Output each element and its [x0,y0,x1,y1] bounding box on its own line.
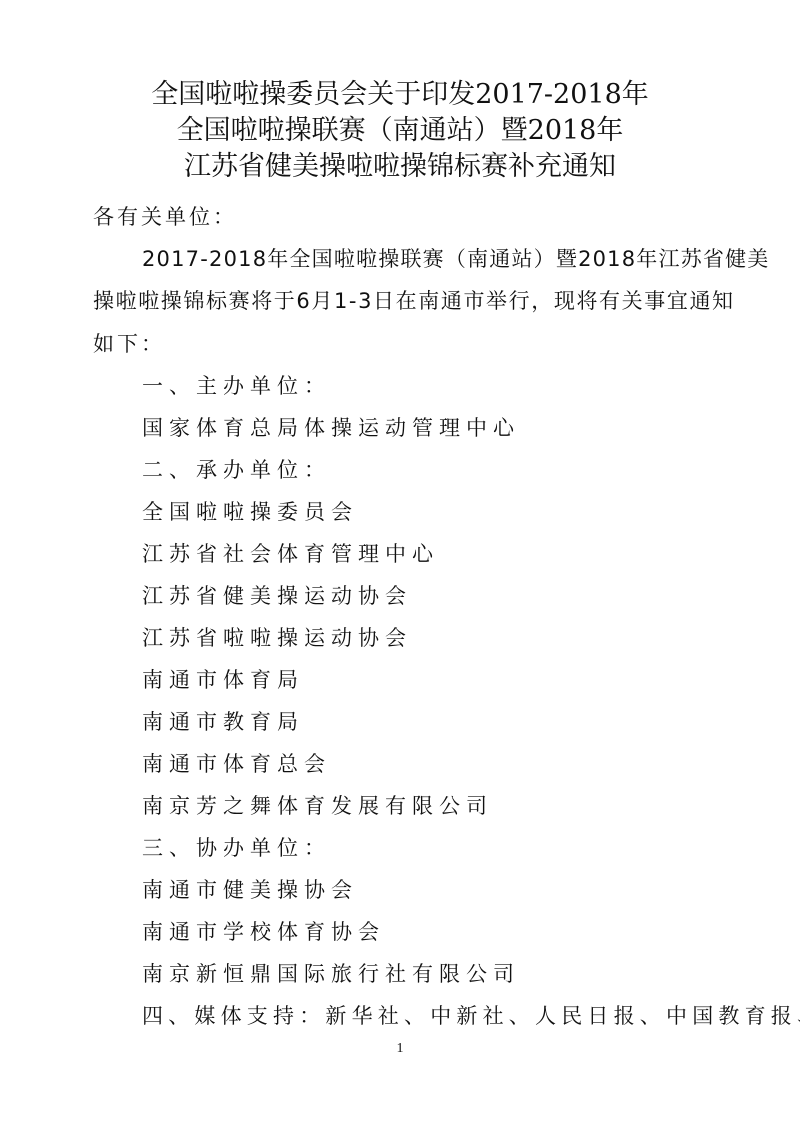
section-heading-co-organizer: 三、协办单位： [142,834,331,862]
host-item: 全国啦啦操委员会 [142,498,358,526]
intro-line-3: 如下： [93,330,165,358]
salutation: 各有关单位： [93,203,237,231]
title-line-1: 全国啦啦操委员会关于印发2017-2018年 [0,78,800,112]
section-heading-organizer: 一、主办单位： [142,372,331,400]
intro-line-1: 2017-2018年全国啦啦操联赛（南通站）暨2018年江苏省健美 [142,245,770,273]
co-organizer-item: 南通市健美操协会 [142,876,358,904]
section-heading-media: 四、媒体支持：新华社、中新社、人民日报、中国教育报、 [142,1002,800,1030]
co-organizer-item: 南通市学校体育协会 [142,918,385,946]
page-number: 1 [0,1041,800,1057]
host-item: 江苏省啦啦操运动协会 [142,624,412,652]
host-item: 南通市体育总会 [142,750,331,778]
host-item: 南通市教育局 [142,708,304,736]
title-line-3: 江苏省健美操啦啦操锦标赛补充通知 [0,150,800,184]
title-line-2: 全国啦啦操联赛（南通站）暨2018年 [0,114,800,148]
organizer-item: 国家体育总局体操运动管理中心 [142,414,520,442]
document-page: 全国啦啦操委员会关于印发2017-2018年 全国啦啦操联赛（南通站）暨2018… [0,0,800,1131]
section-heading-host: 二、承办单位： [142,456,331,484]
co-organizer-item: 南京新恒鼎国际旅行社有限公司 [142,960,520,988]
host-item: 江苏省健美操运动协会 [142,582,412,610]
host-item: 南京芳之舞体育发展有限公司 [142,792,493,820]
host-item: 南通市体育局 [142,666,304,694]
host-item: 江苏省社会体育管理中心 [142,540,439,568]
intro-line-2: 操啦啦操锦标赛将于6月1-3日在南通市举行，现将有关事宜通知 [93,287,735,315]
